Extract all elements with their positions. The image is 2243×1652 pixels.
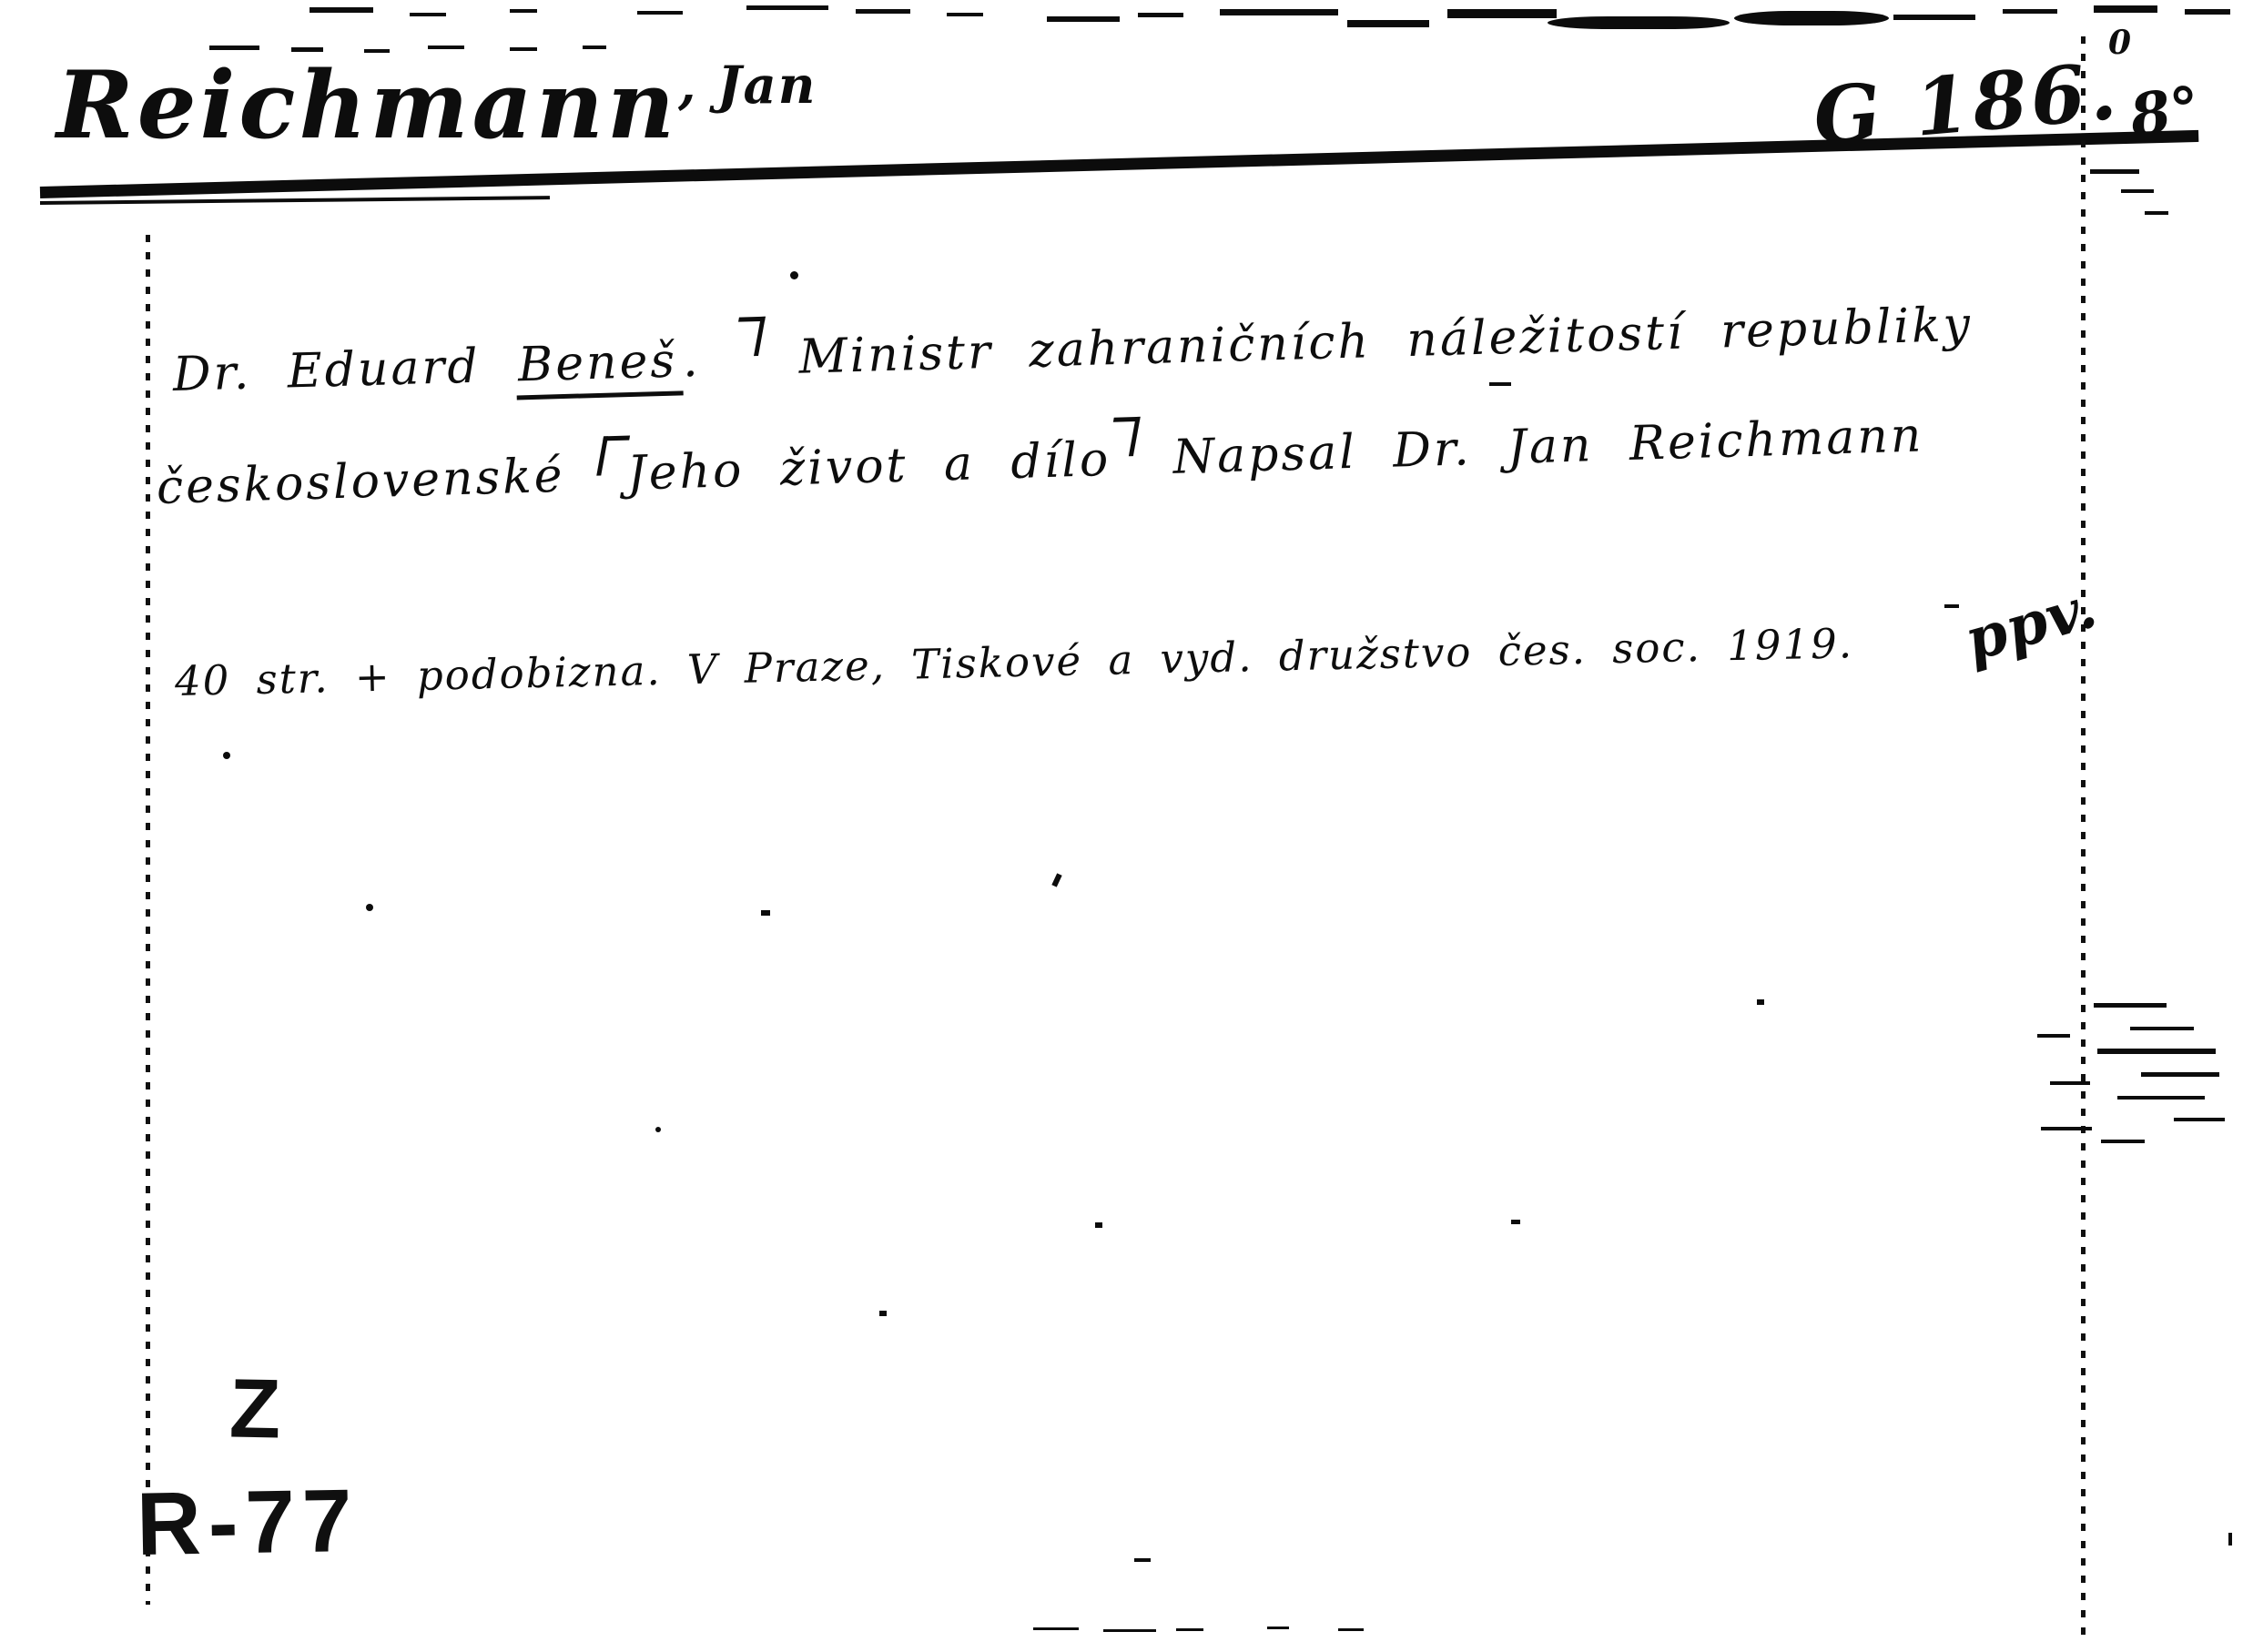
scan-speck (1511, 1220, 1520, 1224)
scan-noise (637, 11, 683, 15)
scan-speck (1095, 1222, 1102, 1228)
scan-noise (2097, 1049, 2216, 1054)
scan-noise (2094, 5, 2157, 13)
insertion-caret-close-icon (1107, 417, 1141, 457)
scan-speck (1944, 604, 1959, 608)
catalog-card: Reichmann, Jan G 186. 0 8° Dr. Eduard Be… (0, 0, 2243, 1652)
scan-noise (1220, 9, 1338, 15)
scan-noise (1047, 16, 1120, 22)
scan-noise (2101, 1140, 2145, 1143)
line1-prefix: Dr. Eduard (172, 338, 517, 402)
scan-speck (1134, 1558, 1151, 1562)
scan-noise (1447, 9, 1557, 18)
scan-speck (790, 271, 798, 279)
scan-noise (856, 9, 910, 14)
divider-rule-fragment (40, 196, 550, 205)
scan-noise (2037, 1034, 2070, 1038)
stamp-shelf-mark: R-77 (136, 1469, 360, 1576)
scan-noise (2003, 9, 2057, 14)
scan-noise (2117, 1096, 2205, 1100)
scan-speck (366, 904, 373, 911)
scan-noise (510, 9, 537, 13)
scan-speck (879, 1311, 887, 1316)
scan-noise (583, 46, 606, 49)
scan-noise (2141, 1072, 2219, 1077)
scan-noise (1734, 11, 1889, 25)
scan-noise (746, 5, 828, 10)
scan-noise (310, 7, 373, 13)
line2-title: Jeho život a dílo (626, 432, 1111, 502)
imprint-line: 40 str. + podobizna. V Praze, Tiskové a … (174, 619, 1853, 705)
scan-speck (1757, 999, 1764, 1005)
scan-noise (2050, 1081, 2090, 1085)
scan-noise (1548, 16, 1730, 29)
scan-speck (1338, 1628, 1364, 1631)
scan-noise (947, 13, 983, 16)
stamp-letter-z: Z (228, 1362, 281, 1458)
line1-period: . (682, 333, 701, 389)
line2-rest: Napsal Dr. Jan Reichmann (1136, 408, 1924, 486)
scan-noise (2130, 1027, 2194, 1030)
insertion-caret-icon (732, 317, 766, 357)
scan-noise (1347, 20, 1429, 27)
scan-speck (761, 910, 770, 916)
scan-noise (2090, 169, 2139, 174)
scan-noise (2094, 1003, 2167, 1008)
scan-speck (2228, 1533, 2232, 1546)
scan-noise (2174, 1118, 2225, 1121)
scan-noise (2121, 189, 2154, 193)
scan-noise (410, 13, 446, 16)
scan-speck (655, 1127, 661, 1132)
scan-speck (1033, 1627, 1079, 1630)
scan-speck (1267, 1627, 1289, 1629)
scan-speck (1176, 1628, 1203, 1631)
line1-rest: Ministr zahraničních náležitostí republi… (798, 298, 1974, 385)
scan-speck (223, 752, 230, 759)
scan-speck (1051, 873, 1061, 887)
scan-speck (1103, 1629, 1156, 1632)
left-margin-dotted-line (146, 235, 150, 1605)
scan-noise (2041, 1127, 2092, 1130)
scan-speck (1489, 382, 1511, 386)
heading-surname: Reichmann (56, 51, 678, 160)
right-margin-dotted-line (2081, 36, 2086, 1637)
heading-forename: , Jan (678, 56, 817, 116)
scan-noise (428, 46, 464, 49)
scan-noise (2185, 9, 2230, 15)
entry-line-1: Dr. Eduard Beneš. Ministr zahraničních n… (172, 298, 1974, 410)
entry-line-2: československé Jeho život a dílo Napsal … (156, 408, 1924, 515)
scan-noise (1138, 13, 1183, 17)
stray-mark: 0 (2108, 24, 2131, 62)
insertion-caret-open-icon (596, 436, 630, 476)
scan-noise (1893, 15, 1975, 20)
heading-author: Reichmann, Jan (56, 50, 817, 161)
line1-underlined-name: Beneš (515, 333, 684, 400)
scan-noise (2145, 211, 2168, 215)
line2-start: československé (156, 448, 602, 515)
